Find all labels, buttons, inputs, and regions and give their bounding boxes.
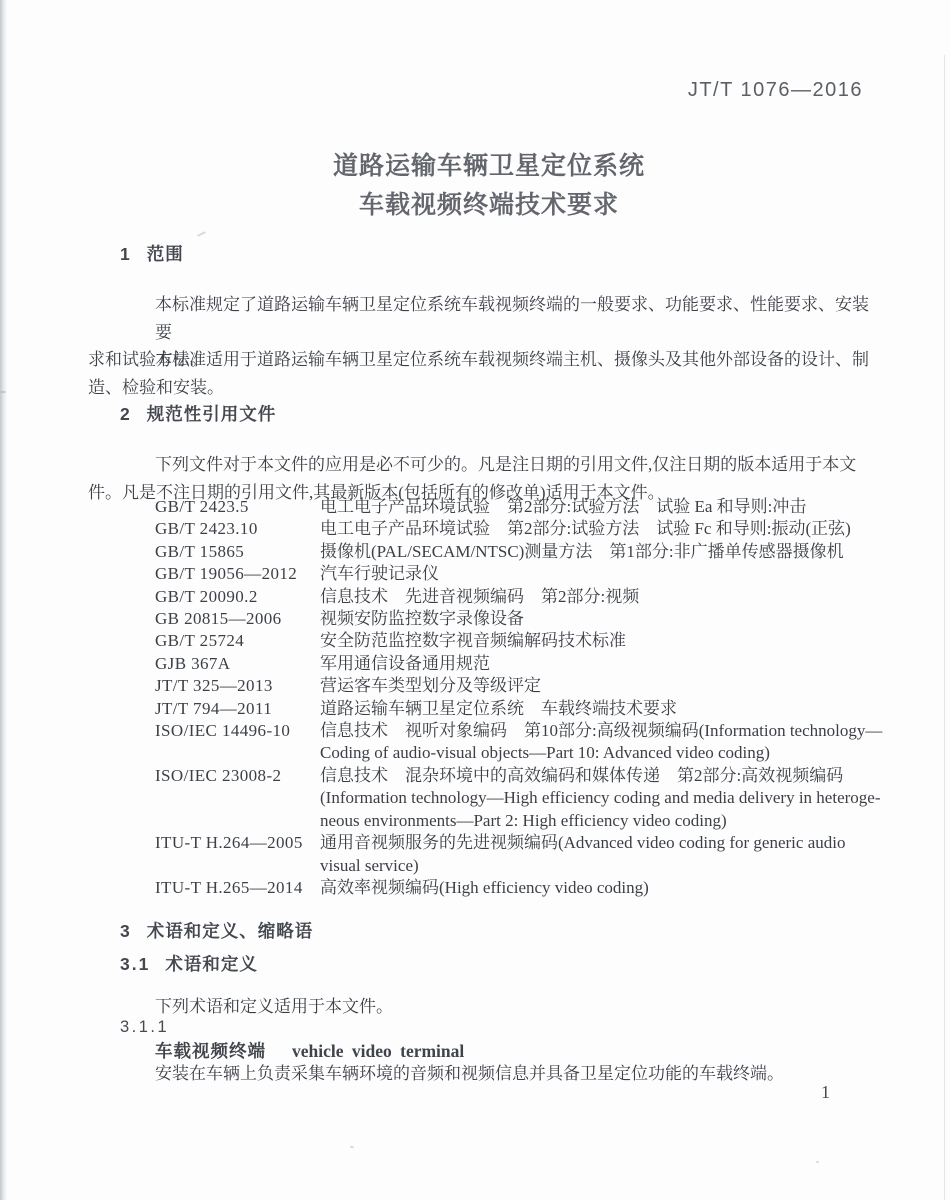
reference-code: GB/T 2423.10 (155, 518, 320, 540)
document-title: 道路运输车辆卫星定位系统 车载视频终端技术要求 (14, 147, 950, 225)
section-1-heading: 1范围 (120, 243, 184, 265)
reference-description: 信息技术 视听对象编码 第10部分:高级视频编码(Information tec… (320, 720, 900, 765)
reference-description-line: 汽车行驶记录仪 (320, 563, 900, 585)
reference-description-line: 信息技术 先进音视频编码 第2部分:视频 (320, 586, 900, 608)
scan-mark (197, 231, 206, 237)
reference-description-line: 安全防范监控数字视音频编解码技术标准 (320, 630, 900, 652)
section-1-title: 范围 (147, 244, 184, 264)
reference-description-line: visual service) (320, 855, 900, 877)
reference-description: 信息技术 先进音视频编码 第2部分:视频 (320, 586, 900, 608)
section-3-title: 术语和定义、缩略语 (147, 921, 314, 941)
section-3-1-heading: 3.1术语和定义 (120, 953, 258, 975)
document-title-line1: 道路运输车辆卫星定位系统 (14, 147, 950, 186)
reference-row: ISO/IEC 14496-10 信息技术 视听对象编码 第10部分:高级视频编… (155, 720, 900, 765)
reference-row: GB/T 2423.10 电工电子产品环境试验 第2部分:试验方法 试验 Fc … (155, 518, 900, 540)
reference-description-line: 道路运输车辆卫星定位系统 车载终端技术要求 (320, 698, 900, 720)
reference-row: ITU-T H.264—2005 通用音视频服务的先进视频编码(Advanced… (155, 832, 900, 877)
section-2-heading: 2规范性引用文件 (120, 403, 276, 425)
scan-edge-right (944, 55, 945, 1200)
scan-edge-left (0, 0, 8, 1200)
reference-description: 安全防范监控数字视音频编解码技术标准 (320, 630, 900, 652)
reference-code: GB 20815—2006 (155, 608, 320, 630)
reference-row: GJB 367A 军用通信设备通用规范 (155, 653, 900, 675)
reference-code: JT/T 794—2011 (155, 698, 320, 720)
reference-row: GB/T 20090.2 信息技术 先进音视频编码 第2部分:视频 (155, 586, 900, 608)
reference-row: JT/T 325—2013 营运客车类型划分及等级评定 (155, 675, 900, 697)
section-1-number: 1 (120, 244, 132, 264)
section-3-1-title: 术语和定义 (165, 954, 258, 974)
reference-description-line: 电工电子产品环境试验 第2部分:试验方法 试验 Fc 和导则:振动(正弦) (320, 518, 900, 540)
scope-paragraph-2: 本标准适用于道路运输车辆卫星定位系统车载视频终端主机、摄像头及其他外部设备的设计… (88, 346, 878, 401)
reference-description-line: Coding of audio-visual objects—Part 10: … (320, 742, 900, 764)
reference-description-line: 信息技术 混杂环境中的高效编码和媒体传递 第2部分:高效视频编码 (320, 765, 900, 787)
terms-intro: 下列术语和定义适用于本文件。 (155, 993, 393, 1020)
term-english: vehicle video terminal (292, 1041, 464, 1061)
paragraph-line: 造、检验和安装。 (88, 374, 878, 402)
reference-row: GB/T 15865 摄像机(PAL/SECAM/NTSC)测量方法 第1部分:… (155, 541, 900, 563)
reference-description: 高效率视频编码(High efficiency video coding) (320, 877, 900, 899)
clause-number: 3.1.1 (120, 1016, 169, 1038)
reference-row: JT/T 794—2011 道路运输车辆卫星定位系统 车载终端技术要求 (155, 698, 900, 720)
scan-mark (0, 391, 6, 393)
section-2-number: 2 (120, 404, 132, 424)
reference-list: GB/T 2423.5 电工电子产品环境试验 第2部分:试验方法 试验 Ea 和… (155, 496, 900, 899)
reference-description-line: 通用音视频服务的先进视频编码(Advanced video coding for… (320, 832, 900, 854)
reference-code: ISO/IEC 14496-10 (155, 720, 320, 742)
reference-code: GB/T 19056—2012 (155, 563, 320, 585)
paragraph-line: 本标准规定了道路运输车辆卫星定位系统车载视频终端的一般要求、功能要求、性能要求、… (88, 291, 878, 346)
section-3-heading: 3术语和定义、缩略语 (120, 920, 313, 942)
reference-description: 道路运输车辆卫星定位系统 车载终端技术要求 (320, 698, 900, 720)
term-definition: 安装在车辆上负责采集车辆环境的音频和视频信息并具备卫星定位功能的车载终端。 (155, 1060, 784, 1087)
reference-code: ISO/IEC 23008-2 (155, 765, 320, 787)
reference-code: GB/T 20090.2 (155, 586, 320, 608)
reference-row: GB 20815—2006 视频安防监控数字录像设备 (155, 608, 900, 630)
reference-row: ITU-T H.265—2014 高效率视频编码(High efficiency… (155, 877, 900, 899)
reference-row: GB/T 19056—2012 汽车行驶记录仪 (155, 563, 900, 585)
standard-number: JT/T 1076—2016 (688, 79, 863, 102)
term-chinese: 车载视频终端 (155, 1041, 266, 1061)
reference-code: GB/T 25724 (155, 630, 320, 652)
section-3-1-number: 3.1 (120, 954, 150, 974)
reference-description: 电工电子产品环境试验 第2部分:试验方法 试验 Fc 和导则:振动(正弦) (320, 518, 900, 540)
reference-row: GB/T 25724 安全防范监控数字视音频编解码技术标准 (155, 630, 900, 652)
reference-description: 汽车行驶记录仪 (320, 563, 900, 585)
reference-description-line: 高效率视频编码(High efficiency video coding) (320, 877, 900, 899)
reference-description-line: 视频安防监控数字录像设备 (320, 608, 900, 630)
paragraph-line: 本标准适用于道路运输车辆卫星定位系统车载视频终端主机、摄像头及其他外部设备的设计… (88, 346, 878, 374)
reference-code: GJB 367A (155, 653, 320, 675)
reference-code: ITU-T H.264—2005 (155, 832, 320, 854)
reference-description: 营运客车类型划分及等级评定 (320, 675, 900, 697)
page-number: 1 (821, 1081, 830, 1103)
reference-description: 电工电子产品环境试验 第2部分:试验方法 试验 Ea 和导则:冲击 (320, 496, 900, 518)
section-2-title: 规范性引用文件 (147, 404, 277, 424)
reference-description: 军用通信设备通用规范 (320, 653, 900, 675)
reference-description-line: 电工电子产品环境试验 第2部分:试验方法 试验 Ea 和导则:冲击 (320, 496, 900, 518)
reference-code: GB/T 15865 (155, 541, 320, 563)
reference-description-line: 营运客车类型划分及等级评定 (320, 675, 900, 697)
reference-code: GB/T 2423.5 (155, 496, 320, 518)
reference-description-line: 摄像机(PAL/SECAM/NTSC)测量方法 第1部分:非广播单传感器摄像机 (320, 541, 900, 563)
reference-code: JT/T 325—2013 (155, 675, 320, 697)
reference-description: 通用音视频服务的先进视频编码(Advanced video coding for… (320, 832, 900, 877)
paragraph-line: 下列文件对于本文件的应用是必不可少的。凡是注日期的引用文件,仅注日期的版本适用于… (88, 451, 878, 479)
reference-description: 视频安防监控数字录像设备 (320, 608, 900, 630)
reference-description-line: 信息技术 视听对象编码 第10部分:高级视频编码(Information tec… (320, 720, 900, 742)
reference-description-line: 军用通信设备通用规范 (320, 653, 900, 675)
reference-description: 摄像机(PAL/SECAM/NTSC)测量方法 第1部分:非广播单传感器摄像机 (320, 541, 900, 563)
document-page: JT/T 1076—2016 道路运输车辆卫星定位系统 车载视频终端技术要求 1… (0, 0, 950, 1200)
reference-description-line: (Information technology—High efficiency … (320, 787, 900, 809)
reference-code: ITU-T H.265—2014 (155, 877, 320, 899)
reference-row: ISO/IEC 23008-2 信息技术 混杂环境中的高效编码和媒体传递 第2部… (155, 765, 900, 832)
section-3-number: 3 (120, 921, 132, 941)
scan-speck (816, 1161, 819, 1163)
scan-speck (350, 1145, 354, 1148)
reference-description: 信息技术 混杂环境中的高效编码和媒体传递 第2部分:高效视频编码 (Inform… (320, 765, 900, 832)
document-title-line2: 车载视频终端技术要求 (14, 186, 950, 225)
reference-description-line: neous environments—Part 2: High efficien… (320, 810, 900, 832)
reference-row: GB/T 2423.5 电工电子产品环境试验 第2部分:试验方法 试验 Ea 和… (155, 496, 900, 518)
